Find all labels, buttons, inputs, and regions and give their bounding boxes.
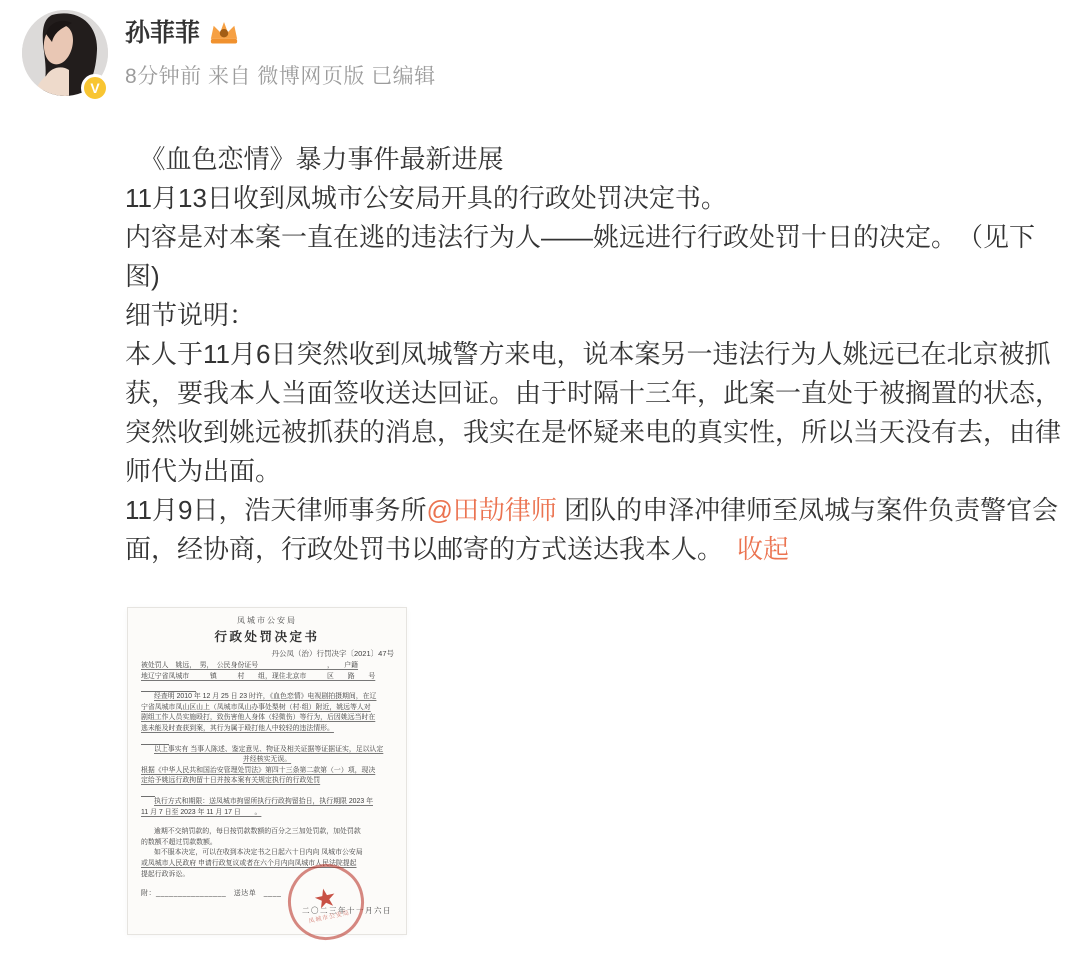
username[interactable]: 孙菲菲 (125, 16, 200, 50)
doc-line (141, 818, 393, 827)
doc-line (141, 787, 155, 797)
doc-agency: 凤城市公安局 (128, 608, 406, 626)
doc-line: 或凤城市人民政府 申请行政复议或者在六个月内向凤城市人民法院提起 (141, 859, 393, 870)
verified-badge: V (81, 74, 109, 102)
post-text: 《血色恋情》暴力事件最新进展 11月13日收到凤城市公安局开具的行政处罚决定书。… (125, 144, 1061, 525)
doc-line: 逾期不交纳罚款的，每日按罚款数额的百分之三加处罚款，加处罚款 (141, 827, 393, 838)
penalty-document-image[interactable]: 凤城市公安局 行政处罚决定书 丹公凤（治）行罚决字〔2021〕47号 被处罚人 … (128, 608, 406, 934)
collapse-link[interactable]: 收起 (737, 534, 789, 564)
post-content: 《血色恋情》暴力事件最新进展 11月13日收到凤城市公安局开具的行政处罚决定书。… (125, 101, 1065, 569)
doc-line: 以上事实有 当事人陈述、鉴定意见、物证及相关证据等证据证实，足以认定 (141, 745, 393, 756)
doc-number: 丹公凤（治）行罚决字〔2021〕47号 (128, 648, 394, 659)
doc-line: 被处罚人 姚远， 男， 公民身份证号 ， 户籍 (141, 661, 393, 672)
doc-line: 宁省凤城市凤山区山上（凤城市凤山办事处梨树（村·组）附近，姚远等人对 (141, 703, 393, 714)
doc-line: 并经核实无误。 (141, 755, 393, 766)
doc-line (141, 735, 169, 745)
doc-line: 根据《中华人民共和国治安管理处罚法》第四十三条第二款第（一）项，现决 (141, 766, 393, 777)
doc-line: 剧组工作人员实施殴打，致伤害他人身体（轻微伤）等行为，后因姚远当时在 (141, 713, 393, 724)
doc-line: 执行方式和期限：送凤城市拘留所执行行政拘留拾日，执行期限 2023 年 (141, 797, 393, 808)
star-icon: ★ (311, 882, 339, 912)
doc-line: 定给予姚远行政拘留十日并按本案有关规定执行的行政处罚 (141, 776, 393, 787)
mention-link[interactable]: @田劼律师 (426, 495, 556, 525)
doc-title: 行政处罚决定书 (128, 627, 406, 645)
doc-line: 如不服本决定，可以在收到本决定书之日起六十日内向 凤城市公安局 (141, 848, 393, 859)
vip-crown-icon (209, 21, 239, 45)
user-row: 孙菲菲 (125, 16, 239, 50)
penalty-document-paper: 凤城市公安局 行政处罚决定书 丹公凤（治）行罚决字〔2021〕47号 被处罚人 … (128, 608, 406, 934)
doc-line: 的数额不超过罚款数额。 (141, 838, 393, 849)
doc-body: 被处罚人 姚远， 男， 公民身份证号 ， 户籍地辽宁省凤城市 镇 村 组，现住北… (141, 661, 393, 880)
doc-line: 11 月 7 日至 2023 年 11 月 17 日 。 (141, 808, 393, 819)
doc-line (141, 682, 196, 692)
doc-line: 逃未能及时查获到案，其行为属于殴打他人中较轻的违法情形。 (141, 724, 393, 735)
doc-line: 地辽宁省凤城市 镇 村 组，现住北京市 区 路 号 (141, 672, 393, 683)
doc-line: 经查明 2010 年 12 月 25 日 23 时许，《血色恋情》电视剧拍摄期间… (141, 692, 393, 703)
post-meta: 8分钟前 来自 微博网页版 已编辑 (125, 60, 436, 90)
